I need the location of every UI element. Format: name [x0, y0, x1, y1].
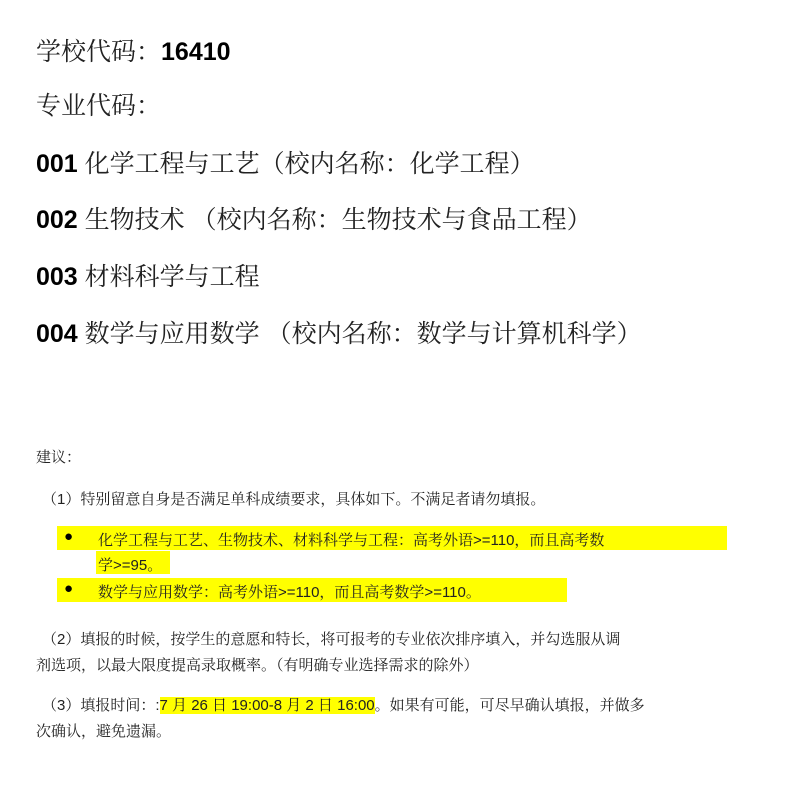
school-code-value: 16410 [161, 38, 231, 66]
major-item-003: 003 材料科学与工程 [36, 257, 260, 293]
school-code-line: 学校代码：16410 [36, 32, 231, 68]
advice-item-3-line-1: （3）填报时间：:7 月 26 日 19:00-8 月 2 日 16:00。如果… [42, 694, 645, 715]
school-code-label: 学校代码： [36, 38, 161, 66]
advice-item-1: （1）特别留意自身是否满足单科成绩要求，具体如下。不满足者请勿填报。 [42, 488, 545, 509]
bullet-icon: ● [64, 580, 73, 597]
major-code: 002 [36, 206, 78, 234]
major-name: 材料科学与工程 [85, 263, 260, 291]
major-item-001: 001 化学工程与工艺（校内名称：化学工程） [36, 144, 535, 180]
major-code: 004 [36, 320, 78, 348]
major-name: 数学与应用数学 （校内名称：数学与计算机科学） [85, 320, 642, 348]
major-name: 化学工程与工艺（校内名称：化学工程） [85, 150, 535, 178]
bullet-icon: ● [64, 528, 73, 545]
major-code-label: 专业代码： [36, 86, 161, 122]
bullet-2-line-1: 数学与应用数学：高考外语>=110，而且高考数学>=110。 [98, 581, 481, 602]
bullet-1-line-1: 化学工程与工艺、生物技术、材料科学与工程：高考外语>=110，而且高考数 [98, 529, 604, 550]
bullet-1-line-2: 学>=95。 [98, 554, 162, 575]
major-name: 生物技术 （校内名称：生物技术与食品工程） [85, 206, 592, 234]
item-3-suffix: 。如果有可能，可尽早确认填报，并做多 [375, 697, 645, 714]
major-code: 001 [36, 150, 78, 178]
advice-item-3-line-2: 次确认，避免遗漏。 [36, 720, 171, 741]
major-code: 003 [36, 263, 78, 291]
advice-item-2-line-2: 剂选项，以最大限度提高录取概率。（有明确专业选择需求的除外） [36, 654, 479, 675]
major-item-004: 004 数学与应用数学 （校内名称：数学与计算机科学） [36, 314, 642, 350]
advice-title: 建议： [36, 446, 81, 467]
deadline-highlight: 7 月 26 日 19:00-8 月 2 日 16:00 [160, 697, 375, 714]
advice-item-2-line-1: （2）填报的时候，按学生的意愿和特长，将可报考的专业依次排序填入，并勾选服从调 [42, 628, 620, 649]
item-3-prefix: （3）填报时间：: [42, 697, 160, 714]
major-item-002: 002 生物技术 （校内名称：生物技术与食品工程） [36, 200, 592, 236]
